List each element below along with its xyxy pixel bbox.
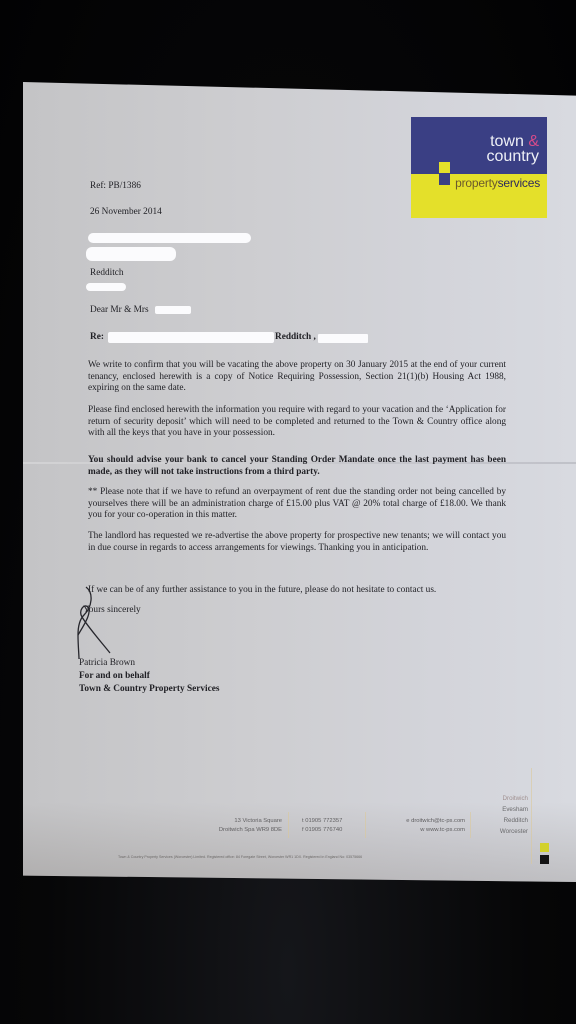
redacted-postcode [86, 283, 126, 291]
salutation: Dear Mr & Mrs [90, 305, 149, 317]
logo-yellow-square-icon [439, 162, 450, 173]
logo-tagline: propertyservices [455, 176, 540, 190]
re-town: Redditch , [275, 332, 316, 344]
footer-black-square-icon [540, 855, 549, 864]
logo-blue-square-icon [439, 174, 450, 185]
signature-icon [72, 585, 132, 660]
reference-number: Ref: PB/1386 [90, 181, 141, 193]
paragraph-standing-order: You should advise your bank to cancel yo… [88, 455, 506, 478]
logo-wordmark: town & country [487, 134, 539, 164]
paragraph-admin-charge: ** Please note that if we have to refund… [88, 487, 506, 522]
paragraph-vacating: We write to confirm that you will be vac… [88, 360, 506, 395]
address-town: Redditch [90, 268, 124, 280]
redacted-property-postcode [318, 334, 368, 343]
footer-divider [365, 812, 366, 838]
paragraph-further-assistance: If we can be of any further assistance t… [88, 585, 506, 597]
footer-divider [288, 812, 289, 838]
footer-legal-text: Town & Country Property Services (Worces… [118, 855, 530, 859]
paragraph-enclosures: Please find enclosed herewith the inform… [88, 405, 506, 440]
on-behalf: For and on behalf [79, 671, 150, 683]
footer-web: e droitwich@tc-ps.com w www.tc-ps.com [385, 817, 465, 835]
footer-phones: t 01905 772357 f 01905 776740 [302, 817, 342, 835]
re-label: Re: [90, 332, 104, 344]
footer-divider [470, 812, 471, 838]
paragraph-readvertise: The landlord has requested we re-adverti… [88, 531, 506, 554]
redacted-surname [155, 306, 191, 314]
company-logo: town & country propertyservices [411, 117, 547, 218]
redacted-address-line1 [88, 233, 251, 243]
redacted-address-line2 [86, 247, 176, 261]
footer-yellow-square-icon [540, 843, 549, 852]
letter-date: 26 November 2014 [90, 207, 162, 219]
footer-offices: Droitwich Evesham Redditch Worcester [478, 793, 528, 837]
company-name: Town & Country Property Services [79, 684, 219, 696]
footer-address: 13 Victoria Square Droitwich Spa WR9 8DE [190, 817, 282, 835]
redacted-property-address [108, 332, 274, 343]
signer-name: Patricia Brown [79, 658, 135, 670]
footer-divider [531, 768, 532, 864]
